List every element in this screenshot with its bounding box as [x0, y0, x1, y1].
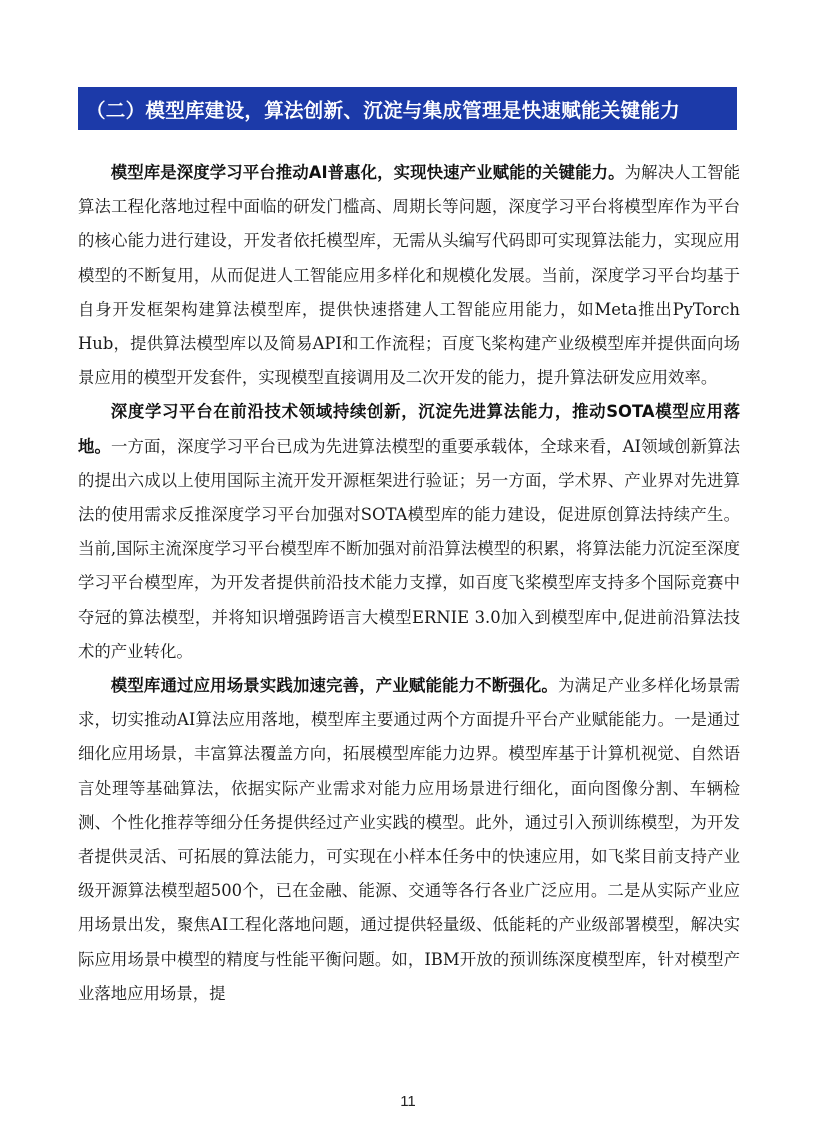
- paragraph-frontier-innovation: 深度学习平台在前沿技术领域持续创新，沉淀先进算法能力，推动SOTA模型应用落地。…: [78, 395, 740, 669]
- body-text: 模型库是深度学习平台推动AI普惠化，实现快速产业赋能的关键能力。为解决人工智能算…: [78, 156, 740, 1011]
- paragraph-lead: 模型库是深度学习平台推动AI普惠化，实现快速产业赋能的关键能力。: [111, 163, 625, 182]
- paragraph-body: 为解决人工智能算法工程化落地过程中面临的研发门槛高、周期长等问题，深度学习平台将…: [78, 163, 740, 387]
- paragraph-scenario-practice: 模型库通过应用场景实践加速完善，产业赋能能力不断强化。为满足产业多样化场景需求，…: [78, 669, 740, 1011]
- document-page: （二）模型库建设，算法创新、沉淀与集成管理是快速赋能关键能力 模型库是深度学习平…: [0, 0, 816, 1145]
- section-header-bar: （二）模型库建设，算法创新、沉淀与集成管理是快速赋能关键能力: [78, 87, 737, 130]
- section-title: （二）模型库建设，算法创新、沉淀与集成管理是快速赋能关键能力: [86, 95, 680, 123]
- paragraph-body: 一方面，深度学习平台已成为先进算法模型的重要承载体，全球来看，AI领域创新算法的…: [78, 437, 740, 661]
- page-number: 11: [0, 1093, 816, 1110]
- paragraph-lead: 模型库通过应用场景实践加速完善，产业赋能能力不断强化。: [111, 676, 558, 695]
- paragraph-body: 为满足产业多样化场景需求，切实推动AI算法应用落地，模型库主要通过两个方面提升平…: [78, 676, 740, 1003]
- paragraph-model-library: 模型库是深度学习平台推动AI普惠化，实现快速产业赋能的关键能力。为解决人工智能算…: [78, 156, 740, 395]
